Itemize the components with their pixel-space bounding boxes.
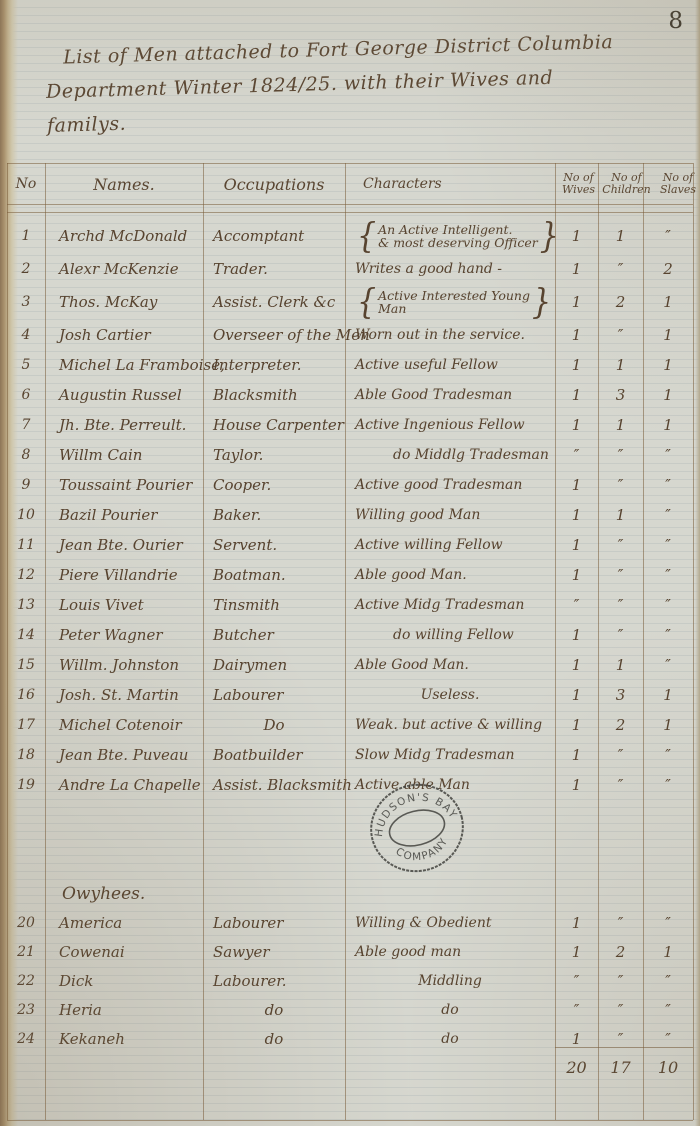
table-row: 14Peter WagnerButcherdo willing Fellow1″…	[7, 620, 693, 650]
children-cell: ″	[598, 776, 643, 794]
wives-cell: 1	[555, 626, 598, 644]
wives-cell: 1	[555, 943, 598, 961]
table-grid-line	[7, 163, 693, 164]
column-header-wives: No of Wives	[555, 172, 602, 195]
table-row: 16Josh. St. MartinLabourerUseless.131	[7, 680, 693, 710]
name-cell: Michel Cotenoir	[45, 716, 203, 734]
table-grid-line	[7, 163, 8, 1120]
occupation-cell: do	[203, 1001, 345, 1019]
occupation-cell: Trader.	[203, 260, 345, 278]
wives-cell: 1	[555, 716, 598, 734]
wives-cell: ″	[555, 972, 598, 990]
table-grid-line	[643, 163, 644, 1120]
title-line-2: Department Winter 1824/25. with their Wi…	[46, 63, 686, 103]
children-cell: 1	[598, 656, 643, 674]
character-cell: Active useful Fellow	[345, 357, 555, 373]
row-number-cell: 18	[7, 747, 45, 763]
occupation-cell: Blacksmith	[203, 386, 345, 404]
slaves-cell: ″	[643, 746, 693, 764]
name-cell: Jh. Bte. Perreult.	[45, 416, 203, 434]
svg-text:COMPANY: COMPANY	[391, 833, 454, 869]
name-cell: Toussaint Pourier	[45, 476, 203, 494]
children-cell: ″	[598, 972, 643, 990]
table-row: 13Louis VivetTinsmithActive Midg Tradesm…	[7, 590, 693, 620]
children-cell: ″	[598, 746, 643, 764]
table-row: 6Augustin RusselBlacksmithAble Good Trad…	[7, 380, 693, 410]
table-grid-line	[7, 1120, 693, 1121]
character-cell: Active good Tradesman	[345, 477, 555, 493]
slaves-cell: ″	[643, 914, 693, 932]
slaves-cell: 1	[643, 943, 693, 961]
table-row: 18Jean Bte. PuveauBoatbuilderSlow Midg T…	[7, 740, 693, 770]
total-children: 17	[598, 1058, 643, 1077]
table-row: 8Willm CainTaylor.do Middlg Tradesman″″″	[7, 440, 693, 470]
table-grid-line	[45, 163, 46, 1120]
children-cell: 1	[598, 506, 643, 524]
table-row: 17Michel CotenoirDoWeak. but active & wi…	[7, 710, 693, 740]
children-cell: ″	[598, 260, 643, 278]
occupation-cell: Taylor.	[203, 446, 345, 464]
occupation-cell: Cooper.	[203, 476, 345, 494]
slaves-cell: ″	[643, 626, 693, 644]
wives-cell: 1	[555, 506, 598, 524]
brace-left: {	[357, 216, 376, 256]
wives-cell: 1	[555, 746, 598, 764]
wives-cell: 1	[555, 566, 598, 584]
wives-cell: 1	[555, 536, 598, 554]
name-cell: Cowenai	[45, 943, 203, 961]
column-header-names: Names.	[45, 175, 203, 194]
table-row: 23Heriadodo″″″	[7, 995, 693, 1024]
occupation-cell: Do	[203, 716, 345, 734]
table-row: 5Michel La Framboise,Interpreter.Active …	[7, 350, 693, 380]
table-grid-line	[598, 163, 599, 1120]
row-number-cell: 24	[7, 1031, 45, 1047]
row-number-cell: 11	[7, 537, 45, 553]
table-row: 20AmericaLabourerWilling & Obedient1″″	[7, 908, 693, 937]
table-grid-line	[693, 163, 694, 1120]
slaves-cell: ″	[643, 776, 693, 794]
character-cell: {Active Interested YoungMan}	[345, 285, 555, 320]
title-line-3: familys.	[47, 97, 687, 137]
character-cell: Useless.	[345, 687, 555, 703]
character-cell: Able good man	[345, 944, 555, 960]
table-grid-line	[555, 1047, 693, 1048]
table-rows: 1Archd McDonaldAccomptant{An Active Inte…	[7, 218, 693, 1081]
row-number-cell: 15	[7, 657, 45, 673]
paper-right-edge	[695, 0, 700, 1126]
row-number-cell: 12	[7, 567, 45, 583]
occupation-cell: Dairymen	[203, 656, 345, 674]
name-cell: Jean Bte. Ourier	[45, 536, 203, 554]
slaves-cell: 1	[643, 416, 693, 434]
occupation-cell: Servent.	[203, 536, 345, 554]
character-cell: Slow Midg Tradesman	[345, 747, 555, 763]
row-number-cell: 9	[7, 477, 45, 493]
wives-cell: 1	[555, 293, 598, 311]
wives-cell: 1	[555, 914, 598, 932]
row-number-cell: 21	[7, 944, 45, 960]
slaves-cell: ″	[643, 1030, 693, 1048]
table-row: 15Willm. JohnstonDairymenAble Good Man.1…	[7, 650, 693, 680]
table-row: 12Piere VillandrieBoatman.Able good Man.…	[7, 560, 693, 590]
children-cell: ″	[598, 476, 643, 494]
slaves-cell: ″	[643, 566, 693, 584]
row-number-cell: 5	[7, 357, 45, 373]
children-cell: ″	[598, 536, 643, 554]
name-cell: Bazil Pourier	[45, 506, 203, 524]
slaves-cell: ″	[643, 227, 693, 245]
slaves-cell: 1	[643, 293, 693, 311]
children-cell: 3	[598, 386, 643, 404]
totals-row: 201710	[7, 1053, 693, 1081]
character-cell: do willing Fellow	[345, 627, 555, 643]
brace-left: {	[357, 282, 376, 322]
slaves-cell: ″	[643, 536, 693, 554]
character-cell: Able Good Man.	[345, 657, 555, 673]
column-header-occupations: Occupations	[203, 175, 345, 194]
name-cell: Archd McDonald	[45, 227, 203, 245]
row-number-cell: 16	[7, 687, 45, 703]
occupation-cell: Sawyer	[203, 943, 345, 961]
row-number-cell: 6	[7, 387, 45, 403]
row-number-cell: 8	[7, 447, 45, 463]
ledger-page: 8 List of Men attached to Fort George Di…	[0, 0, 700, 1126]
character-cell: do	[345, 1031, 555, 1047]
wives-cell: 1	[555, 386, 598, 404]
table-row: 3Thos. McKayAssist. Clerk &c{Active Inte…	[7, 284, 693, 320]
slaves-cell: 2	[643, 260, 693, 278]
name-cell: Augustin Russel	[45, 386, 203, 404]
slaves-cell: 1	[643, 326, 693, 344]
stamp-text-bottom: COMPANY	[391, 833, 454, 869]
character-cell: Middling	[345, 973, 555, 989]
brace-right: }	[532, 282, 551, 322]
occupation-cell: Assist. Blacksmith	[203, 776, 345, 794]
total-slaves: 10	[643, 1058, 693, 1077]
occupation-cell: Labourer	[203, 914, 345, 932]
stamp-spacer	[7, 800, 693, 880]
children-cell: 1	[598, 227, 643, 245]
wives-cell: 1	[555, 686, 598, 704]
table-row: 24Kekanehdodo1″″	[7, 1024, 693, 1053]
name-cell: Willm Cain	[45, 446, 203, 464]
row-number-cell: 22	[7, 973, 45, 989]
children-cell: ″	[598, 566, 643, 584]
slaves-cell: ″	[643, 506, 693, 524]
wives-cell: 1	[555, 1030, 598, 1048]
row-number-cell: 10	[7, 507, 45, 523]
character-cell: Active willing Fellow	[345, 537, 555, 553]
name-cell: Michel La Framboise,	[45, 356, 203, 374]
character-line-2: Man	[378, 302, 530, 315]
column-header-no: No	[7, 176, 45, 192]
row-number-cell: 1	[7, 228, 45, 244]
name-cell: Alexr McKenzie	[45, 260, 203, 278]
children-cell: 2	[598, 716, 643, 734]
row-number-cell: 20	[7, 915, 45, 931]
table-row: 22DickLabourer.Middling″″″	[7, 966, 693, 995]
character-line-2: & most deserving Officer	[378, 236, 538, 249]
character-cell: Writes a good hand -	[345, 261, 555, 277]
table-grid-line	[7, 212, 693, 213]
children-cell: ″	[598, 326, 643, 344]
row-number-cell: 7	[7, 417, 45, 433]
character-cell: Willing & Obedient	[345, 915, 555, 931]
wives-cell: ″	[555, 596, 598, 614]
wives-cell: 1	[555, 476, 598, 494]
row-number-cell: 23	[7, 1002, 45, 1018]
slaves-cell: 1	[643, 716, 693, 734]
row-number-cell: 14	[7, 627, 45, 643]
occupation-cell: Assist. Clerk &c	[203, 293, 345, 311]
name-cell: Josh Cartier	[45, 326, 203, 344]
table-row: 11Jean Bte. OurierServent.Active willing…	[7, 530, 693, 560]
slaves-cell: ″	[643, 656, 693, 674]
children-cell: ″	[598, 914, 643, 932]
character-cell: Active Midg Tradesman	[345, 597, 555, 613]
character-cell: Able good Man.	[345, 567, 555, 583]
children-cell: 1	[598, 356, 643, 374]
name-cell: Thos. McKay	[45, 293, 203, 311]
row-number-cell: 13	[7, 597, 45, 613]
name-cell: Heria	[45, 1001, 203, 1019]
children-cell: 3	[598, 686, 643, 704]
document-title: List of Men attached to Fort George Dist…	[45, 29, 687, 137]
character-cell: do	[345, 1002, 555, 1018]
table-row: 21CowenaiSawyerAble good man121	[7, 937, 693, 966]
occupation-cell: Boatbuilder	[203, 746, 345, 764]
character-cell: do Middlg Tradesman	[345, 447, 555, 463]
table-row: 2Alexr McKenzieTrader.Writes a good hand…	[7, 254, 693, 284]
wives-cell: 1	[555, 356, 598, 374]
slaves-cell: ″	[643, 1001, 693, 1019]
occupation-cell: House Carpenter	[203, 416, 345, 434]
wives-cell: 1	[555, 656, 598, 674]
children-cell: 2	[598, 943, 643, 961]
slaves-cell: ″	[643, 972, 693, 990]
wives-cell: 1	[555, 227, 598, 245]
table-header: No Names. Occupations Characters No of W…	[7, 164, 693, 204]
table-row: 4Josh CartierOverseer of the MenWorn out…	[7, 320, 693, 350]
total-wives: 20	[555, 1058, 598, 1077]
table-grid-line	[345, 163, 346, 1120]
occupation-cell: Labourer	[203, 686, 345, 704]
row-number-cell: 19	[7, 777, 45, 793]
wives-cell: 1	[555, 416, 598, 434]
name-cell: Piere Villandrie	[45, 566, 203, 584]
name-cell: Willm. Johnston	[45, 656, 203, 674]
children-cell: ″	[598, 1030, 643, 1048]
table-grid-line	[203, 163, 204, 1120]
children-cell: ″	[598, 1001, 643, 1019]
occupation-cell: Boatman.	[203, 566, 345, 584]
occupation-cell: Butcher	[203, 626, 345, 644]
occupation-cell: Labourer.	[203, 972, 345, 990]
table-grid-line	[7, 204, 693, 205]
children-cell: 1	[598, 416, 643, 434]
slaves-cell: 1	[643, 356, 693, 374]
table-row: 1Archd McDonaldAccomptant{An Active Inte…	[7, 218, 693, 254]
slaves-cell: 1	[643, 686, 693, 704]
table-row: 9Toussaint PourierCooper.Active good Tra…	[7, 470, 693, 500]
wives-cell: 1	[555, 776, 598, 794]
table-row: 7Jh. Bte. Perreult.House CarpenterActive…	[7, 410, 693, 440]
name-cell: Jean Bte. Puveau	[45, 746, 203, 764]
title-line-1: List of Men attached to Fort George Dist…	[63, 29, 685, 68]
slaves-cell: ″	[643, 596, 693, 614]
row-number-cell: 2	[7, 261, 45, 277]
column-header-characters: Characters	[345, 176, 555, 192]
row-number-cell: 4	[7, 327, 45, 343]
character-cell: Weak. but active & willing	[345, 717, 555, 733]
character-cell: {An Active Intelligent.& most deserving …	[345, 219, 555, 254]
table-grid-line	[555, 163, 556, 1120]
slaves-cell: ″	[643, 446, 693, 464]
name-cell: America	[45, 914, 203, 932]
table-row: 10Bazil PourierBaker.Willing good Man11″	[7, 500, 693, 530]
name-cell: Andre La Chapelle	[45, 776, 203, 794]
character-cell: Willing good Man	[345, 507, 555, 523]
children-cell: ″	[598, 446, 643, 464]
occupation-cell: Accomptant	[203, 227, 345, 245]
occupation-cell: Tinsmith	[203, 596, 345, 614]
slaves-cell: ″	[643, 476, 693, 494]
name-cell: Dick	[45, 972, 203, 990]
character-cell: Worn out in the service.	[345, 327, 555, 343]
occupation-cell: do	[203, 1030, 345, 1048]
name-cell: Louis Vivet	[45, 596, 203, 614]
occupation-cell: Baker.	[203, 506, 345, 524]
section-header-owyhees: Owyhees.	[7, 880, 693, 908]
name-cell: Kekaneh	[45, 1030, 203, 1048]
character-cell: Active Ingenious Fellow	[345, 417, 555, 433]
children-cell: ″	[598, 626, 643, 644]
children-cell: ″	[598, 596, 643, 614]
character-cell: Able Good Tradesman	[345, 387, 555, 403]
row-number-cell: 17	[7, 717, 45, 733]
occupation-cell: Overseer of the Men	[203, 326, 345, 344]
table-row: 19Andre La ChapelleAssist. BlacksmithAct…	[7, 770, 693, 800]
slaves-cell: 1	[643, 386, 693, 404]
wives-cell: 1	[555, 326, 598, 344]
row-number-cell: 3	[7, 294, 45, 310]
children-cell: 2	[598, 293, 643, 311]
wives-cell: ″	[555, 1001, 598, 1019]
name-cell: Josh. St. Martin	[45, 686, 203, 704]
name-cell: Peter Wagner	[45, 626, 203, 644]
occupation-cell: Interpreter.	[203, 356, 345, 374]
wives-cell: ″	[555, 446, 598, 464]
wives-cell: 1	[555, 260, 598, 278]
